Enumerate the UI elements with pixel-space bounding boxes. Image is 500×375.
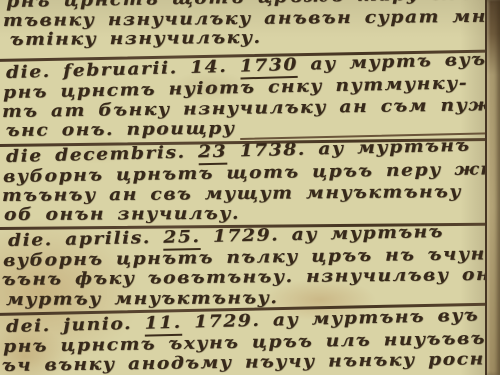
handwriting-line: ънс онъ. проищру (6, 120, 236, 141)
page-edge-binding (485, 0, 500, 375)
date-text: die. aprilis. (8, 228, 151, 251)
date-number-underlined: 23 (198, 142, 228, 166)
handwriting-line: ъънъ фъку ъовътънъу. нзнучилъву он (2, 266, 491, 290)
manuscript-page: рнъ црнстъ щотъ цръжъ тару жъвнъ т тъвнк… (0, 0, 500, 375)
date-number-underlined: 1730 (239, 55, 298, 80)
date-number-underlined: 25. (163, 227, 201, 251)
date-text: die decembris. (6, 143, 186, 167)
handwriting-line: ътінку нзнучилъку. (10, 29, 262, 50)
handwriting-line: об онън знучилъу. (4, 205, 240, 225)
date-trailing-text: 1729. ау муртънъ (213, 222, 444, 247)
date-trailing-text: ау муртъ вуъо (310, 49, 500, 74)
handwriting-line: муртъу мнуъктънъу. (6, 289, 279, 310)
date-trailing-text: 1738. ау муртънъ (239, 136, 470, 162)
date-text: dei. junio. (6, 314, 133, 337)
handwriting-line: тъънъу ан свъ мущут мнуъктънъу (2, 183, 462, 206)
